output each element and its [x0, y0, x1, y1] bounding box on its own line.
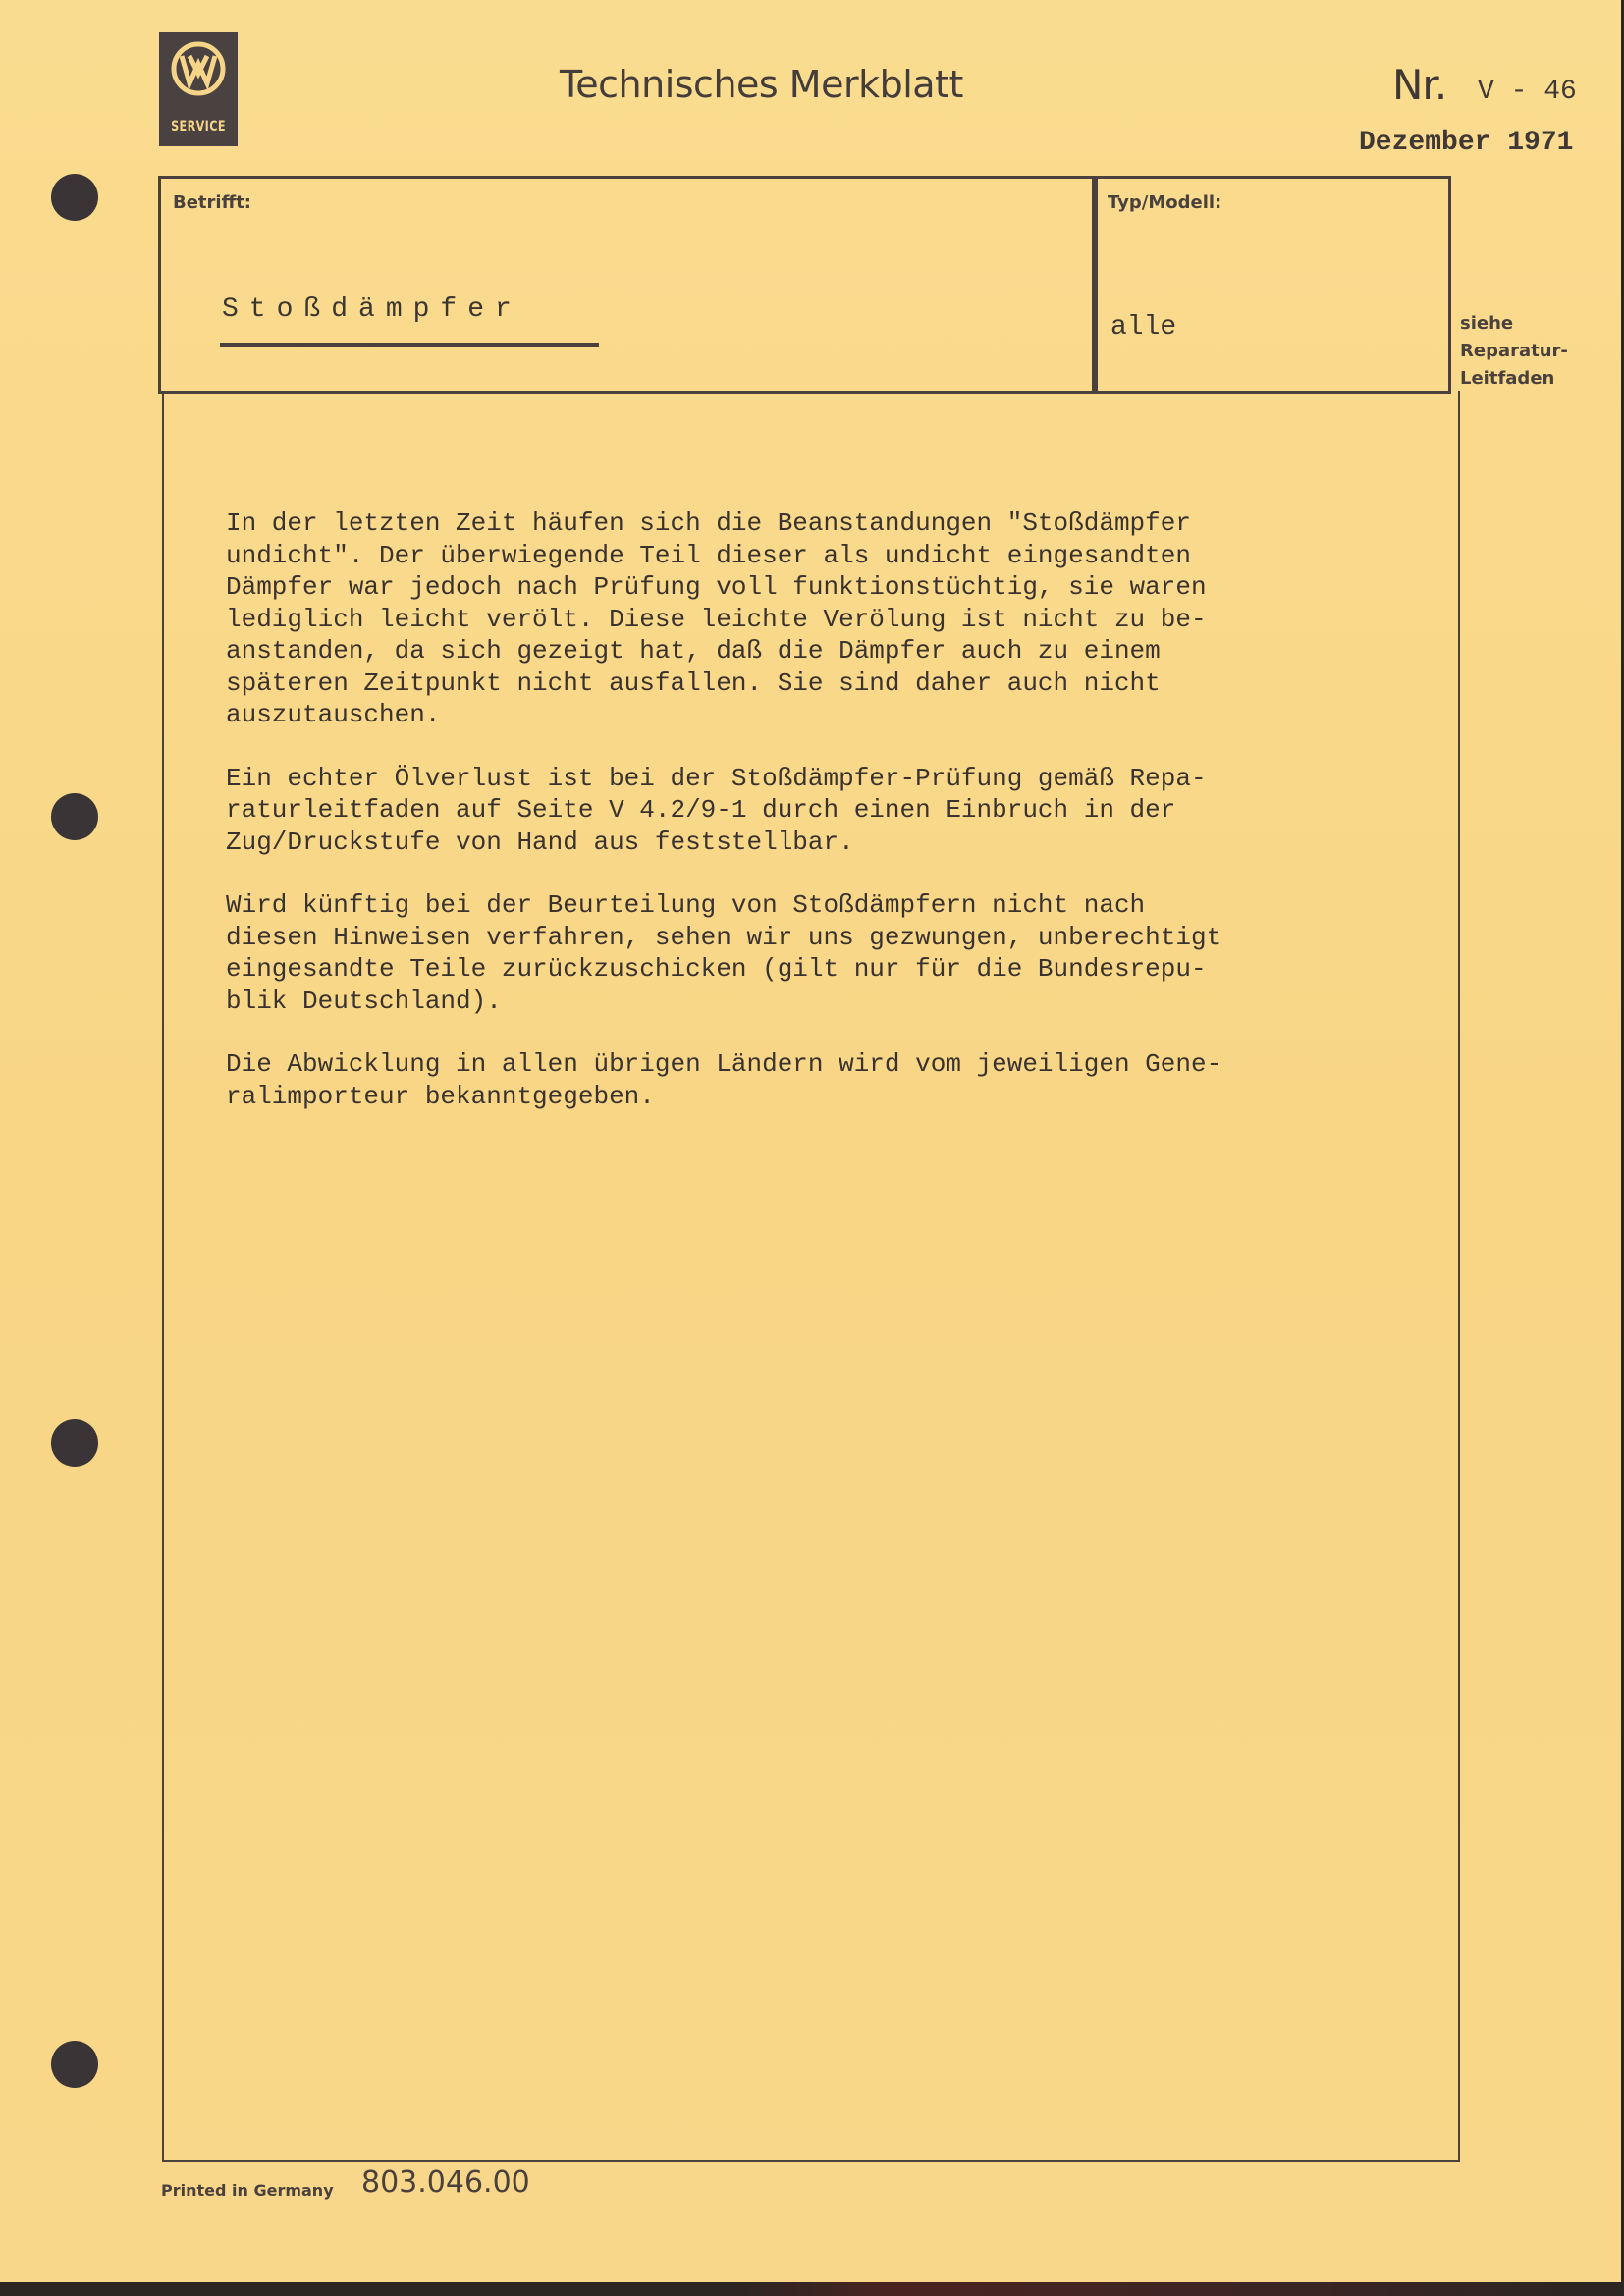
- body-line: lediglich leicht verölt. Diese leichte V…: [226, 604, 1424, 636]
- body-line: späteren Zeitpunkt nicht ausfallen. Sie …: [226, 667, 1424, 700]
- printed-in-germany: Printed in Germany: [161, 2181, 334, 2200]
- body-line: Zug/Druckstufe von Hand aus feststellbar…: [226, 827, 1424, 859]
- body-line: blik Deutschland).: [226, 986, 1424, 1018]
- body-paragraph: Ein echter Ölverlust ist bei der Stoßdäm…: [226, 763, 1424, 859]
- body-line: anstanden, da sich gezeigt hat, daß die …: [226, 635, 1424, 667]
- reference-note-line: siehe: [1460, 310, 1568, 338]
- punch-hole: [51, 2041, 98, 2088]
- punch-hole: [51, 174, 98, 221]
- document-date: Dezember 1971: [1359, 128, 1573, 158]
- body-paragraph: In der letzten Zeit häufen sich die Bean…: [226, 507, 1424, 731]
- body-line: In der letzten Zeit häufen sich die Bean…: [226, 507, 1424, 540]
- document-number: V - 46: [1478, 77, 1577, 107]
- document-title: Technisches Merkblatt: [560, 63, 963, 106]
- subject-value: Stoßdämpfer: [222, 294, 522, 325]
- model-value: alle: [1110, 312, 1176, 343]
- body-line: ralimporteur bekanntgegeben.: [226, 1081, 1424, 1113]
- body-line: Wird künftig bei der Beurteilung von Sto…: [226, 889, 1424, 922]
- scan-bottom-edge: [0, 2282, 1624, 2296]
- model-label: Typ/Modell:: [1108, 192, 1221, 213]
- body-line: undicht". Der überwiegende Teil dieser a…: [226, 540, 1424, 572]
- logo-service-text: SERVICE: [167, 119, 230, 134]
- body-line: diesen Hinweisen verfahren, sehen wir un…: [226, 922, 1424, 954]
- body-line: Dämpfer war jedoch nach Prüfung voll fun…: [226, 571, 1424, 604]
- body-line: eingesandte Teile zurückzuschicken (gilt…: [226, 953, 1424, 986]
- punch-hole: [51, 1419, 98, 1467]
- body-paragraph: Die Abwicklung in allen übrigen Ländern …: [226, 1048, 1424, 1112]
- number-label: Nr.: [1392, 61, 1446, 109]
- body-paragraph: Wird künftig bei der Beurteilung von Sto…: [226, 889, 1424, 1017]
- punch-hole: [51, 793, 98, 840]
- subject-box: [158, 176, 1098, 394]
- body-line: raturleitfaden auf Seite V 4.2/9-1 durch…: [226, 794, 1424, 827]
- vw-service-logo: SERVICE: [159, 32, 238, 146]
- form-code: 803.046.00: [361, 2165, 530, 2200]
- reference-note: siehe Reparatur- Leitfaden: [1460, 310, 1568, 393]
- subject-underline: [220, 343, 599, 347]
- document-page: SERVICE Technisches Merkblatt Nr. V - 46…: [0, 0, 1621, 2282]
- reference-note-line: Reparatur-: [1460, 338, 1568, 365]
- body-line: Die Abwicklung in allen übrigen Ländern …: [226, 1048, 1424, 1081]
- body-text: In der letzten Zeit häufen sich die Bean…: [226, 507, 1424, 1144]
- body-line: auszutauschen.: [226, 699, 1424, 731]
- vw-logo-icon: [170, 40, 227, 97]
- reference-note-line: Leitfaden: [1460, 365, 1568, 393]
- body-line: Ein echter Ölverlust ist bei der Stoßdäm…: [226, 763, 1424, 795]
- subject-label: Betrifft:: [173, 192, 251, 213]
